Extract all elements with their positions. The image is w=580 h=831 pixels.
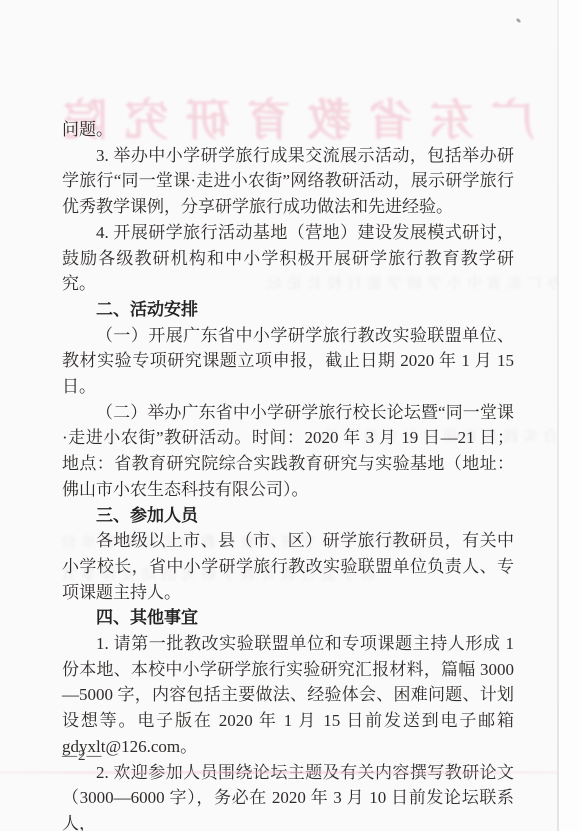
paragraph: （一）开展广东省中小学研学旅行教改实验联盟单位、教材实验专项研究课题立项申报，截… [62,323,514,400]
scan-page-edge [557,0,559,831]
paragraph: 4. 开展研学旅行活动基地（营地）建设发展模式研讨，鼓励各级教研机构和中小学积极… [62,220,514,297]
paragraph: 各地级以上市、县（市、区）研学旅行教研员，有关中小学校长，省中小学研学旅行教改实… [62,528,514,605]
section-heading: 二、活动安排 [62,297,514,323]
paragraph: 3. 举办中小学研学旅行成果交流展示活动，包括举办研学旅行“同一堂课·走进小农街… [62,143,514,220]
paragraph: （二）举办广东省中小学研学旅行校长论坛暨“同一堂课·走进小农街”教研活动。时间：… [62,400,514,503]
section-heading: 四、其他事宜 [62,605,514,631]
section-heading: 三、参加人员 [62,503,514,529]
document-text-block: 问题。3. 举办中小学研学旅行成果交流展示活动，包括举办研学旅行“同一堂课·走进… [62,117,514,831]
paragraph: 1. 请第一批教改实验联盟单位和专项课题主持人形成 1 份本地、本校中小学研学旅… [62,631,514,760]
scan-edge-strip [559,0,580,831]
paragraph: 2. 欢迎参加人员围绕论坛主题及有关内容撰写教研论文（3000—6000 字），… [62,760,514,831]
scan-speck [516,18,522,24]
paragraph: 问题。 [62,117,514,143]
page-number: —2— [62,748,103,765]
scanned-document-page: 广东省教育研究院 举办广东省中小学研学旅行校长论坛 综合实践教育研究与实验基地 … [0,0,580,831]
